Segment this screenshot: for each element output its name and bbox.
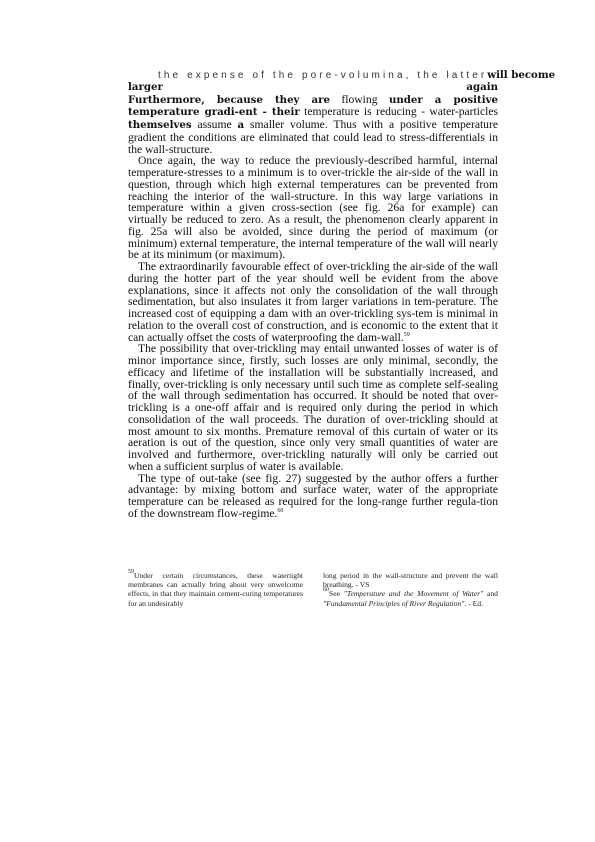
footnote-text: Under certain circumstances, these water… [128,571,303,608]
footnote-text: See [329,589,344,598]
bold-phrase: will become [487,70,555,82]
footnote-ref-59[interactable]: 59 [404,332,410,338]
footnotes: 59Under certain circumstances, these wat… [128,571,498,608]
cited-title: "Temperature and the Movement of Water" [344,589,484,598]
bold-run: themselves [128,119,192,131]
bold-run: Furthermore, because they are [128,94,330,106]
footnote-text: and [483,589,498,598]
word-larger: larger [128,82,163,94]
paragraph-4: The type of out-take (see fig. 27) sugge… [128,473,498,520]
paragraph-2: The extraordinarily favourable effect of… [128,261,498,343]
text-run: The type of out-take (see fig. 27) sugge… [128,472,498,520]
footnote-column-left: 59Under certain circumstances, these wat… [128,571,303,608]
second-line: larger again [128,82,498,94]
footnote-column-right: long period in the wall-structure and pr… [323,571,498,608]
footnote-text: . - Ed. [464,599,483,608]
text-run: temperature is reducing - water-particle… [300,105,498,118]
footnote-60: 60See "Temperature and the Movement of W… [323,589,498,607]
paragraph-3: The possibility that over-trickling may … [128,343,498,472]
word-again: again [466,82,498,94]
footnote-59-continued: long period in the wall-structure and pr… [323,571,498,589]
footnote-59: 59Under certain circumstances, these wat… [128,571,303,608]
paragraph-0: Furthermore, because they are flowing un… [128,94,498,156]
footnote-ref-60[interactable]: 60 [277,508,283,514]
page-body: the expense of the pore-volumina, the la… [128,70,498,520]
text-run: The extraordinarily favourable effect of… [128,260,498,344]
first-line: the expense of the pore-volumina, the la… [128,70,498,82]
spaced-text: the expense of the pore-volumina, the la… [158,70,487,82]
cited-title: "Fundamental Principles of River Regulat… [323,599,464,608]
text-run: flowing [330,93,389,106]
text-run: assume [192,118,238,131]
paragraph-1: Once again, the way to reduce the previo… [128,155,498,261]
